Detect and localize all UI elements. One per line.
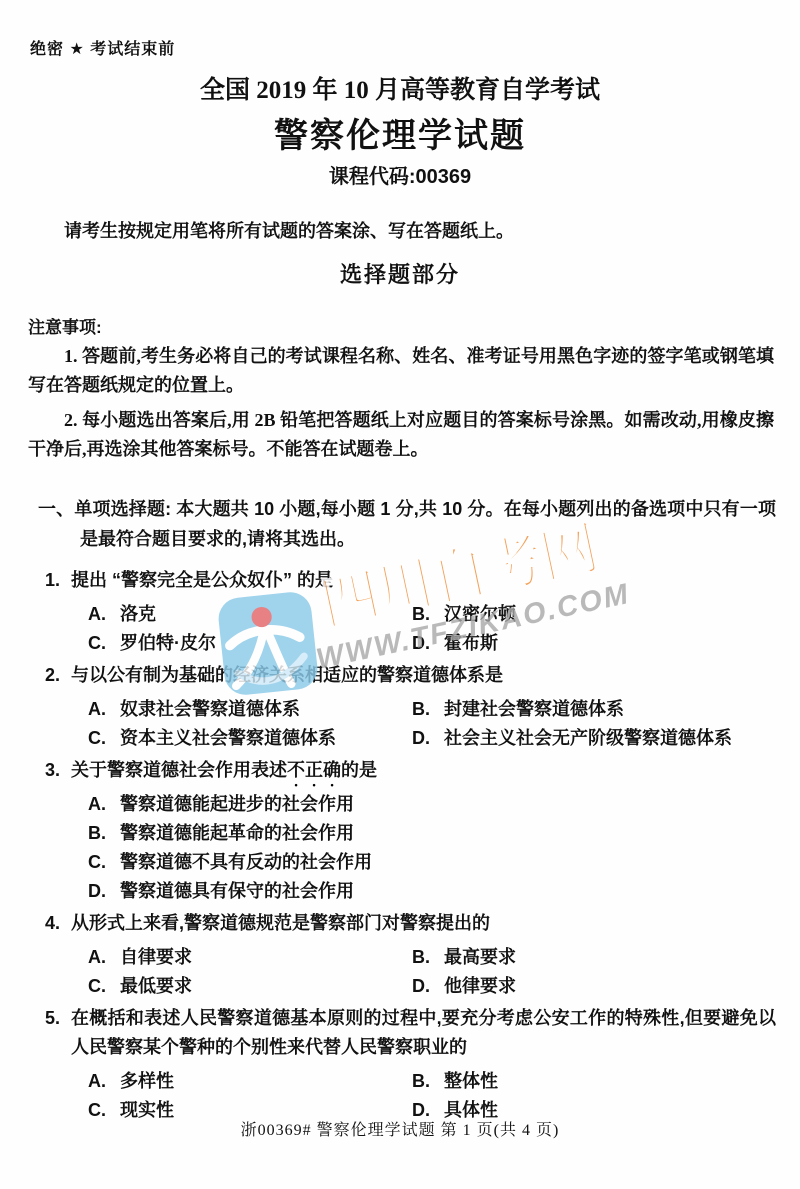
question-line: 2. 与以公有制为基础的经济关系相适应的警察道德体系是 (45, 661, 776, 695)
option: D.他律要求 (412, 972, 776, 1001)
option-letter: B. (412, 1067, 444, 1096)
option-letter: C. (88, 848, 120, 877)
option-text: 警察道德具有保守的社会作用 (120, 877, 354, 906)
option-letter: A. (88, 600, 120, 629)
option: B.汉密尔顿 (412, 600, 776, 629)
option: A.自律要求 (88, 943, 412, 972)
option: A.洛克 (88, 600, 412, 629)
question-number: 5. (45, 1004, 71, 1067)
option-text: 洛克 (120, 600, 156, 629)
option-text: 社会主义社会无产阶级警察道德体系 (444, 724, 732, 753)
option-letter: C. (88, 724, 120, 753)
question-stem: 提出 “警察完全是公众奴仆” 的是 (71, 566, 776, 600)
option-text: 霍布斯 (444, 629, 498, 658)
question-stem: 在概括和表述人民警察道德基本原则的过程中,要充分考虑公安工作的特殊性,但要避免以… (71, 1004, 776, 1067)
options-grid: A.多样性B.整体性C.现实性D.具体性 (88, 1067, 776, 1125)
option-text: 自律要求 (120, 943, 192, 972)
option-letter: B. (412, 695, 444, 724)
option: B.封建社会警察道德体系 (412, 695, 776, 724)
option-text: 资本主义社会警察道德体系 (120, 724, 336, 753)
option-letter: D. (412, 724, 444, 753)
option-letter: C. (88, 629, 120, 658)
question-stem: 与以公有制为基础的经济关系相适应的警察道德体系是 (71, 661, 776, 695)
question-line: 5. 在概括和表述人民警察道德基本原则的过程中,要充分考虑公安工作的特殊性,但要… (45, 1004, 776, 1067)
option-text: 最高要求 (444, 943, 516, 972)
option-text: 警察道德能起进步的社会作用 (120, 790, 354, 819)
options-grid: A.奴隶社会警察道德体系B.封建社会警察道德体系C.资本主义社会警察道德体系D.… (88, 695, 776, 753)
option-letter: B. (412, 600, 444, 629)
course-code: 课程代码:00369 (0, 164, 800, 190)
options-grid: A.自律要求B.最高要求C.最低要求D.他律要求 (88, 943, 776, 1001)
option-text: 警察道德不具有反动的社会作用 (120, 848, 372, 877)
question-stem-emphasis: 不正确 (287, 760, 341, 780)
option: C.警察道德不具有反动的社会作用 (88, 848, 776, 877)
option-text: 警察道德能起革命的社会作用 (120, 819, 354, 848)
option-text: 整体性 (444, 1067, 498, 1096)
question-number: 1. (45, 566, 71, 600)
question-number: 3. (45, 756, 71, 790)
option: B.整体性 (412, 1067, 776, 1096)
question-stem-text: 关于警察道德社会作用表述 (71, 760, 287, 780)
option: D.社会主义社会无产阶级警察道德体系 (412, 724, 776, 753)
exam-paper-page: 绝密 ★ 考试结束前 全国 2019 年 10 月高等教育自学考试 警察伦理学试… (0, 0, 800, 1189)
option-text: 奴隶社会警察道德体系 (120, 695, 300, 724)
question-number: 2. (45, 661, 71, 695)
question-line: 3. 关于警察道德社会作用表述不正确的是 (45, 756, 776, 790)
option: D.警察道德具有保守的社会作用 (88, 877, 776, 906)
option: A.多样性 (88, 1067, 412, 1096)
options-grid: A.洛克B.汉密尔顿C.罗伯特·皮尔D.霍布斯 (88, 600, 776, 658)
option-letter: D. (412, 972, 444, 1001)
page-footer: 浙00369# 警察伦理学试题 第 1 页(共 4 页) (0, 1120, 800, 1142)
question-stem-text: 从形式上来看,警察道德规范是警察部门对警察提出的 (71, 913, 490, 933)
option-text: 罗伯特·皮尔 (120, 629, 216, 658)
question-stem-tail: 的是 (341, 760, 377, 780)
exam-session-title: 全国 2019 年 10 月高等教育自学考试 (0, 76, 800, 106)
question-block: 1. 提出 “警察完全是公众奴仆” 的是 A.洛克B.汉密尔顿C.罗伯特·皮尔D… (45, 566, 776, 658)
question-number: 4. (45, 909, 71, 943)
option-text: 多样性 (120, 1067, 174, 1096)
options-grid: A.警察道德能起进步的社会作用B.警察道德能起革命的社会作用C.警察道德不具有反… (88, 790, 776, 906)
question-block: 5. 在概括和表述人民警察道德基本原则的过程中,要充分考虑公安工作的特殊性,但要… (45, 1004, 776, 1125)
question-stem: 关于警察道德社会作用表述不正确的是 (71, 756, 776, 790)
question-stem-text: 提出 “警察完全是公众奴仆” 的是 (71, 570, 333, 590)
answer-sheet-instruction: 请考生按规定用笔将所有试题的答案涂、写在答题纸上。 (64, 218, 800, 244)
questions-list: 1. 提出 “警察完全是公众奴仆” 的是 A.洛克B.汉密尔顿C.罗伯特·皮尔D… (45, 566, 776, 1125)
option-letter: A. (88, 790, 120, 819)
option-letter: A. (88, 943, 120, 972)
note-item-1: 1. 答题前,考生务必将自己的考试课程名称、姓名、准考证号用黑色字迹的签字笔或钢… (28, 342, 774, 400)
option: D.霍布斯 (412, 629, 776, 658)
question-line: 1. 提出 “警察完全是公众奴仆” 的是 (45, 566, 776, 600)
question-stem-text: 在概括和表述人民警察道德基本原则的过程中,要充分考虑公安工作的特殊性,但要避免以… (71, 1008, 776, 1057)
question-line: 4. 从形式上来看,警察道德规范是警察部门对警察提出的 (45, 909, 776, 943)
option: C.资本主义社会警察道德体系 (88, 724, 412, 753)
option-letter: A. (88, 695, 120, 724)
option: C.罗伯特·皮尔 (88, 629, 412, 658)
option-letter: D. (412, 629, 444, 658)
option-text: 汉密尔顿 (444, 600, 516, 629)
option-text: 最低要求 (120, 972, 192, 1001)
question-stem: 从形式上来看,警察道德规范是警察部门对警察提出的 (71, 909, 776, 943)
question-block: 4. 从形式上来看,警察道德规范是警察部门对警察提出的 A.自律要求B.最高要求… (45, 909, 776, 1001)
option-letter: A. (88, 1067, 120, 1096)
question-block: 3. 关于警察道德社会作用表述不正确的是 A.警察道德能起进步的社会作用B.警察… (45, 756, 776, 906)
option-letter: D. (88, 877, 120, 906)
option: A.奴隶社会警察道德体系 (88, 695, 412, 724)
multiple-choice-part-heading: 选择题部分 (0, 260, 800, 290)
question-stem-text: 与以公有制为基础的经济关系相适应的警察道德体系是 (71, 665, 503, 685)
note-item-2: 2. 每小题选出答案后,用 2B 铅笔把答题纸上对应题目的答案标号涂黑。如需改动… (28, 406, 774, 464)
option: C.最低要求 (88, 972, 412, 1001)
option: B.最高要求 (412, 943, 776, 972)
question-block: 2. 与以公有制为基础的经济关系相适应的警察道德体系是 A.奴隶社会警察道德体系… (45, 661, 776, 753)
option-letter: B. (88, 819, 120, 848)
exam-subject-title: 警察伦理学试题 (0, 114, 800, 158)
option-text: 封建社会警察道德体系 (444, 695, 624, 724)
security-classification-label: 绝密 ★ 考试结束前 (30, 40, 800, 60)
option: A.警察道德能起进步的社会作用 (88, 790, 776, 819)
notes-title: 注意事项: (28, 316, 800, 340)
option-letter: B. (412, 943, 444, 972)
option-letter: C. (88, 972, 120, 1001)
single-choice-section-header: 一、单项选择题: 本大题共 10 小题,每小题 1 分,共 10 分。在每小题列… (38, 494, 776, 554)
option: B.警察道德能起革命的社会作用 (88, 819, 776, 848)
option-text: 他律要求 (444, 972, 516, 1001)
